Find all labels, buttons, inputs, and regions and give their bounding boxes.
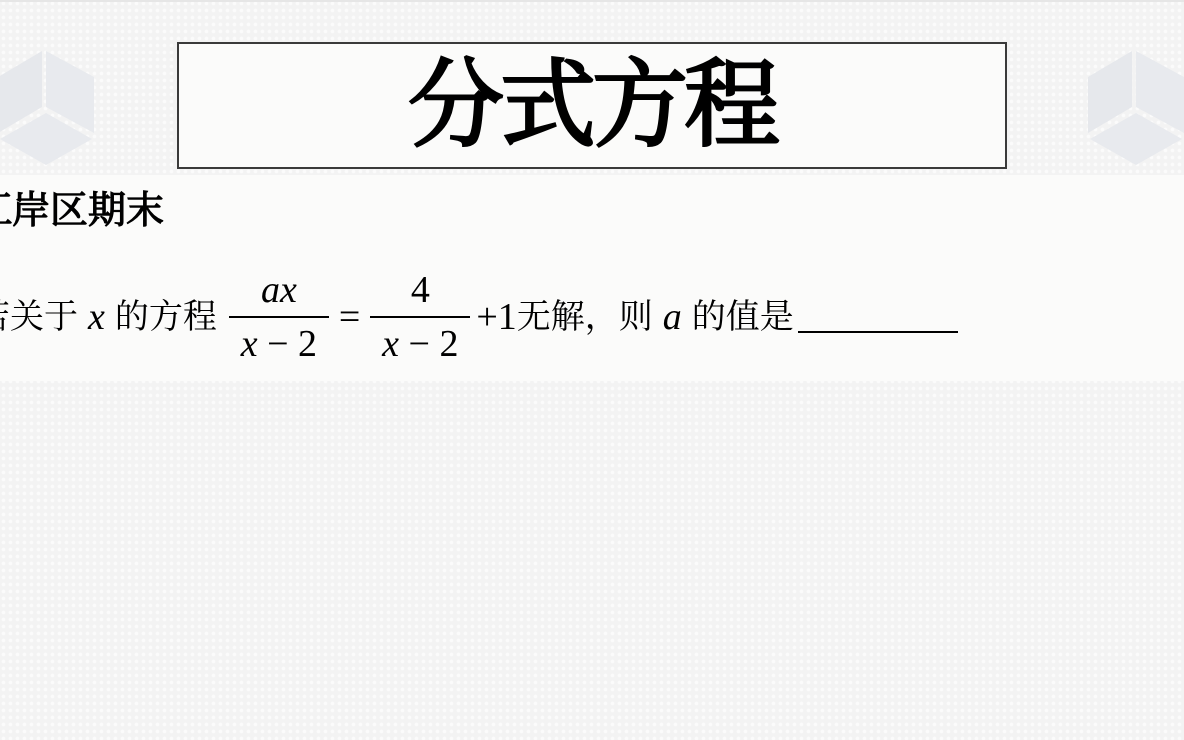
- fraction-left-denominator: x − 2: [239, 322, 319, 366]
- question-text: 若关于 x 的方程 ax x − 2 = 4 x − 2 +1 无解，则 a 的…: [0, 262, 958, 372]
- question-mid1: 的方程: [115, 300, 217, 334]
- den-var: x: [241, 323, 258, 365]
- title-box: 分式方程: [177, 42, 1007, 169]
- fraction-left: ax x − 2: [229, 268, 329, 366]
- fraction-right: 4 x − 2: [370, 268, 470, 366]
- variable-x: x: [88, 298, 105, 336]
- den-rest: − 2: [409, 323, 459, 365]
- equals-sign: =: [339, 298, 360, 336]
- source-label: 江岸区期末: [0, 191, 164, 229]
- den-rest: − 2: [267, 323, 317, 365]
- question-mid2: 无解，则: [517, 300, 653, 334]
- variable-a: a: [663, 298, 682, 336]
- fraction-left-numerator: ax: [259, 268, 299, 312]
- question-suffix: 的值是: [692, 300, 794, 334]
- question-prefix: 若关于: [0, 300, 78, 334]
- fraction-right-denominator: x − 2: [380, 322, 460, 366]
- fraction-bar: [370, 316, 470, 318]
- slide-title: 分式方程: [408, 57, 776, 153]
- cube-icon: [1084, 47, 1184, 167]
- answer-blank[interactable]: [798, 301, 958, 333]
- plus-one: +1: [476, 298, 516, 336]
- fraction-right-numerator: 4: [409, 268, 432, 312]
- cube-icon: [0, 47, 98, 167]
- fraction-bar: [229, 316, 329, 318]
- den-var: x: [382, 323, 399, 365]
- top-strip: [0, 0, 1184, 2]
